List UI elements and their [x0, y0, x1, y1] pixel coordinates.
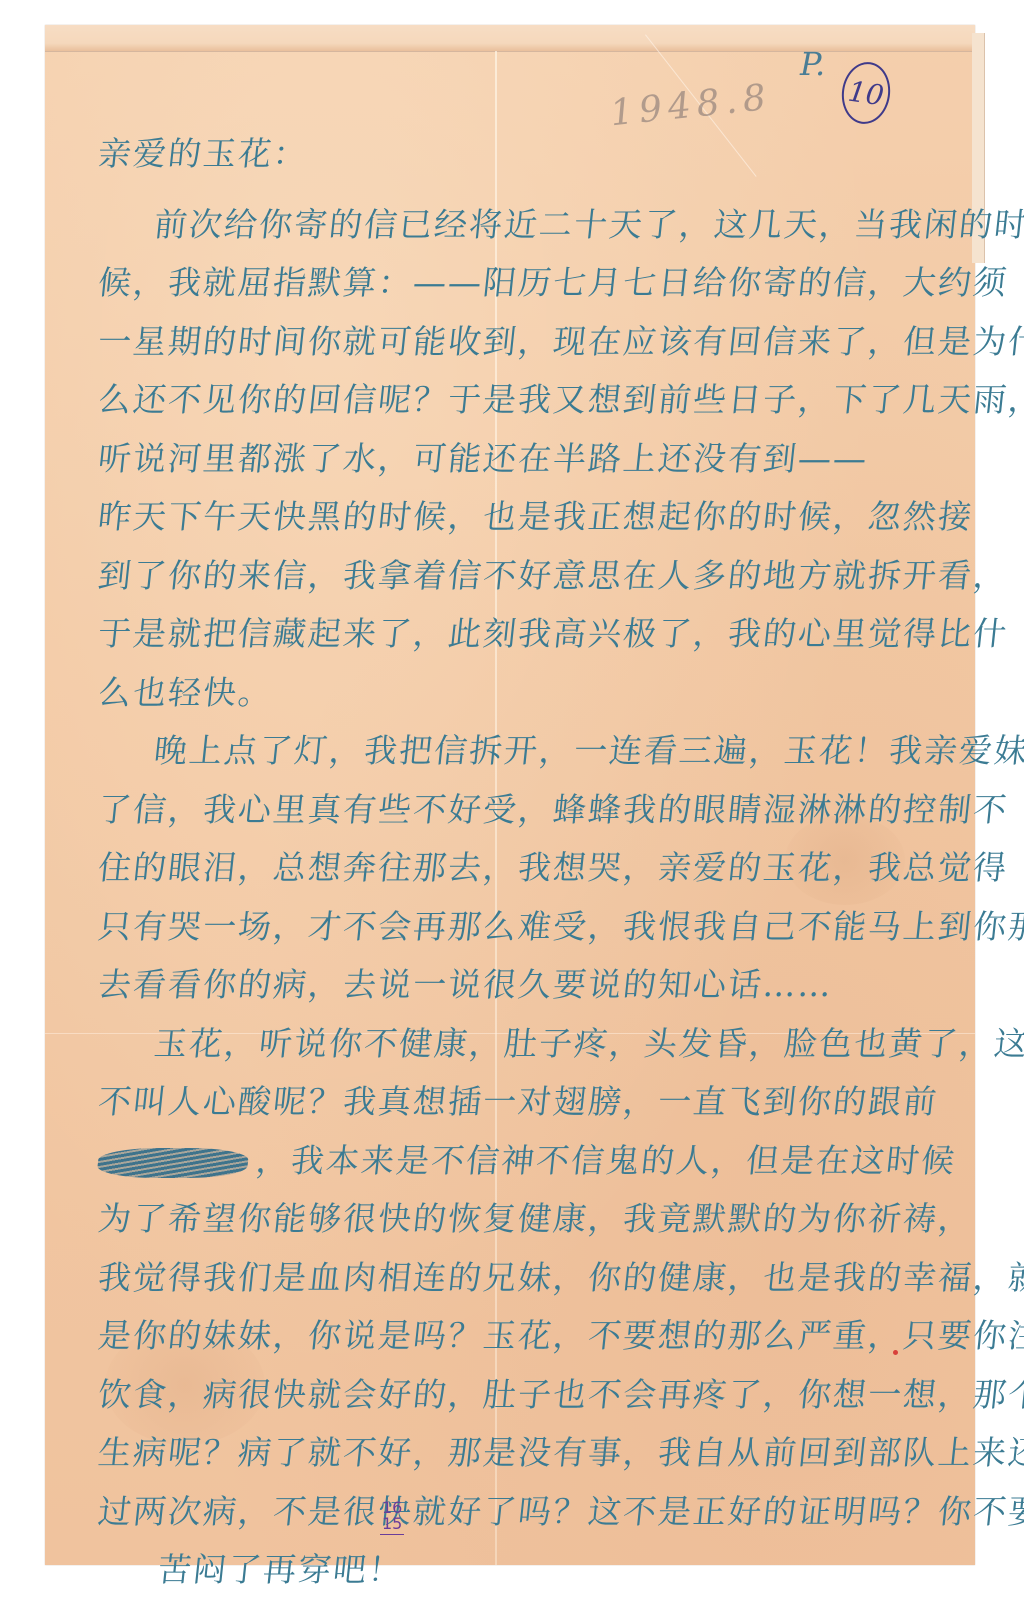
letter-line: 晚上点了灯，我把信拆开，一连看三遍，玉花！我亲爱妹妹！看: [95, 722, 931, 781]
letter-line: 过两次病，不是很快就好了吗？这不是正好的证明吗？你不要在: [95, 1483, 931, 1542]
letter-line: 么也轻快。: [95, 664, 931, 723]
letter-line: 到了你的来信，我拿着信不好意思在人多的地方就拆开看，: [95, 547, 931, 606]
red-ink-mark: [893, 1350, 898, 1355]
letter-line: 生病呢？病了就不好，那是没有事，我自从前回到部队上来还生: [95, 1424, 931, 1483]
letter-line: 玉花，听说你不健康，肚子疼，头发昏，脸色也黄了，这怎能: [95, 1015, 931, 1074]
archive-mark-bottom: 15: [382, 1516, 402, 1532]
paper-top-fold: [45, 25, 975, 52]
letter-line: 了信，我心里真有些不好受，蜂蜂我的眼睛湿淋淋的控制不: [95, 781, 931, 840]
letter-line: 么还不见你的回信呢？于是我又想到前些日子，下了几天雨，: [95, 371, 931, 430]
letter-line-with-scribble: ，我本来是不信神不信鬼的人，但是在这时候: [95, 1132, 931, 1191]
letter-line: 一星期的时间你就可能收到，现在应该有回信来了，但是为什: [95, 313, 931, 372]
page-prefix-annotation: P.: [800, 45, 825, 83]
letter-line: 前次给你寄的信已经将近二十天了，这几天，当我闲的时: [95, 196, 931, 255]
letter-line: 我觉得我们是血肉相连的兄妹，你的健康，也是我的幸福，就: [95, 1249, 931, 1308]
letter-line: 去看看你的病，去说一说很久要说的知心话……: [95, 956, 931, 1015]
archive-mark: 16 15: [380, 1500, 404, 1535]
letter-line: 昨天下午天快黑的时候，也是我正想起你的时候，忽然接: [95, 488, 931, 547]
crossed-out-scribble: [96, 1148, 249, 1178]
letter-line-text: ，我本来是不信神不信鬼的人，但是在这时候: [254, 1141, 958, 1180]
letter-closing: 苦闷了再穿吧！: [95, 1541, 931, 1600]
letter-line: 听说河里都涨了水，可能还在半路上还没有到——: [95, 430, 931, 489]
letter-body: 亲爱的玉花： 前次给你寄的信已经将近二十天了，这几天，当我闲的时 候，我就屈指默…: [95, 125, 925, 1600]
page-number: 10: [846, 74, 886, 112]
letter-line: 为了希望你能够很快的恢复健康，我竟默默的为你祈祷，: [95, 1190, 931, 1249]
letter-greeting: 亲爱的玉花：: [95, 125, 931, 184]
letter-line: 候，我就屈指默算：——阳历七月七日给你寄的信，大约须: [95, 254, 931, 313]
letter-line: 住的眼泪，总想奔往那去，我想哭，亲爱的玉花，我总觉得: [95, 839, 931, 898]
letter-line: 于是就把信藏起来了，此刻我高兴极了，我的心里觉得比什: [95, 605, 931, 664]
letter-line: 是你的妹妹，你说是吗？玉花，不要想的那么严重，只要你注意: [95, 1307, 931, 1366]
letter-line: 不叫人心酸呢？我真想插一对翅膀，一直飞到你的跟前: [95, 1073, 931, 1132]
letter-line: 饮食，病很快就会好的，肚子也不会再疼了，你想一想，那个人不: [95, 1366, 931, 1425]
letter-line: 只有哭一场，才不会再那么难受，我恨我自己不能马上到你那: [95, 898, 931, 957]
